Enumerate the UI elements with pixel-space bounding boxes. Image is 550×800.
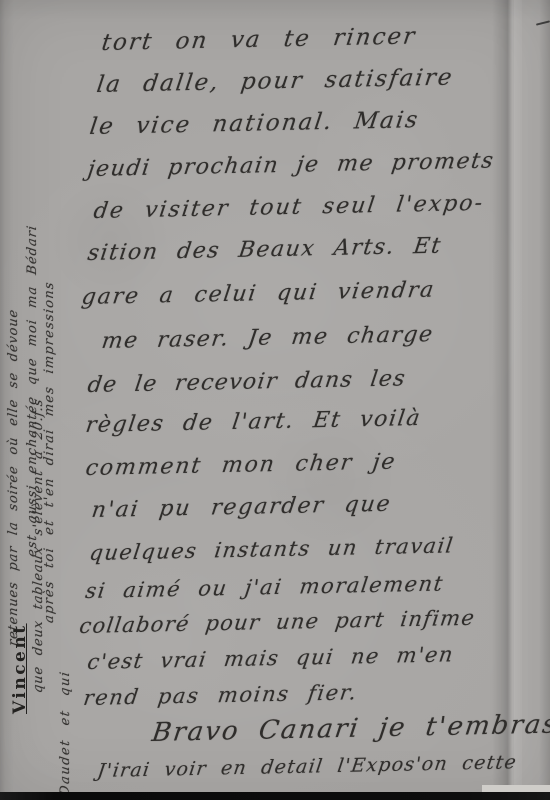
page-bottom-edge-light (482, 785, 550, 792)
letter-line: tort on va te rincer (100, 23, 418, 56)
letter-line: J'irai voir en detail l'Expos'on cette (96, 751, 518, 782)
letter-line: me raser. Je me charge (100, 322, 435, 354)
letter-line: sition des Beaux Arts. Et (86, 234, 443, 266)
letter-line: si aimé ou j'ai moralement (84, 572, 445, 603)
letter-line: Bravo Canari je t'embrasse (150, 709, 550, 748)
letter-line: de visiter tout seul l'expo- (92, 191, 486, 224)
letter-line: jeudi prochain je me promets (86, 149, 496, 182)
letter-line: règles de l'art. Et voilà (84, 406, 423, 438)
page-right-edge (514, 0, 550, 792)
letter-line: la dalle, pour satisfaire (95, 65, 455, 98)
letter-page: tort on va te rincer la dalle, pour sati… (0, 0, 550, 800)
letter-line: quelques instants un travail (88, 533, 456, 565)
margin-note: Daudet et qui (58, 670, 73, 797)
scan-bottom-band (0, 792, 550, 800)
letter-line: collaboré pour une part infime (78, 606, 477, 638)
letter-line: rend pas moins fier. (82, 680, 359, 710)
signature: Vincent (10, 605, 31, 714)
margin-note: que deux tableaux s'élèvent à 20.f.s (31, 398, 46, 694)
letter-line: n'ai pu regarder que (90, 492, 393, 523)
letter-line: le vice national. Mais (88, 107, 421, 140)
margin-note: retenues par la soirée où elle se dévoue (6, 308, 21, 647)
letter-line: c'est vrai mais qui ne m'en (86, 642, 455, 674)
letter-line: de le recevoir dans les (86, 366, 408, 398)
letter-line: comment mon cher je (84, 450, 398, 481)
letter-line: gare a celui qui viendra (80, 278, 437, 310)
